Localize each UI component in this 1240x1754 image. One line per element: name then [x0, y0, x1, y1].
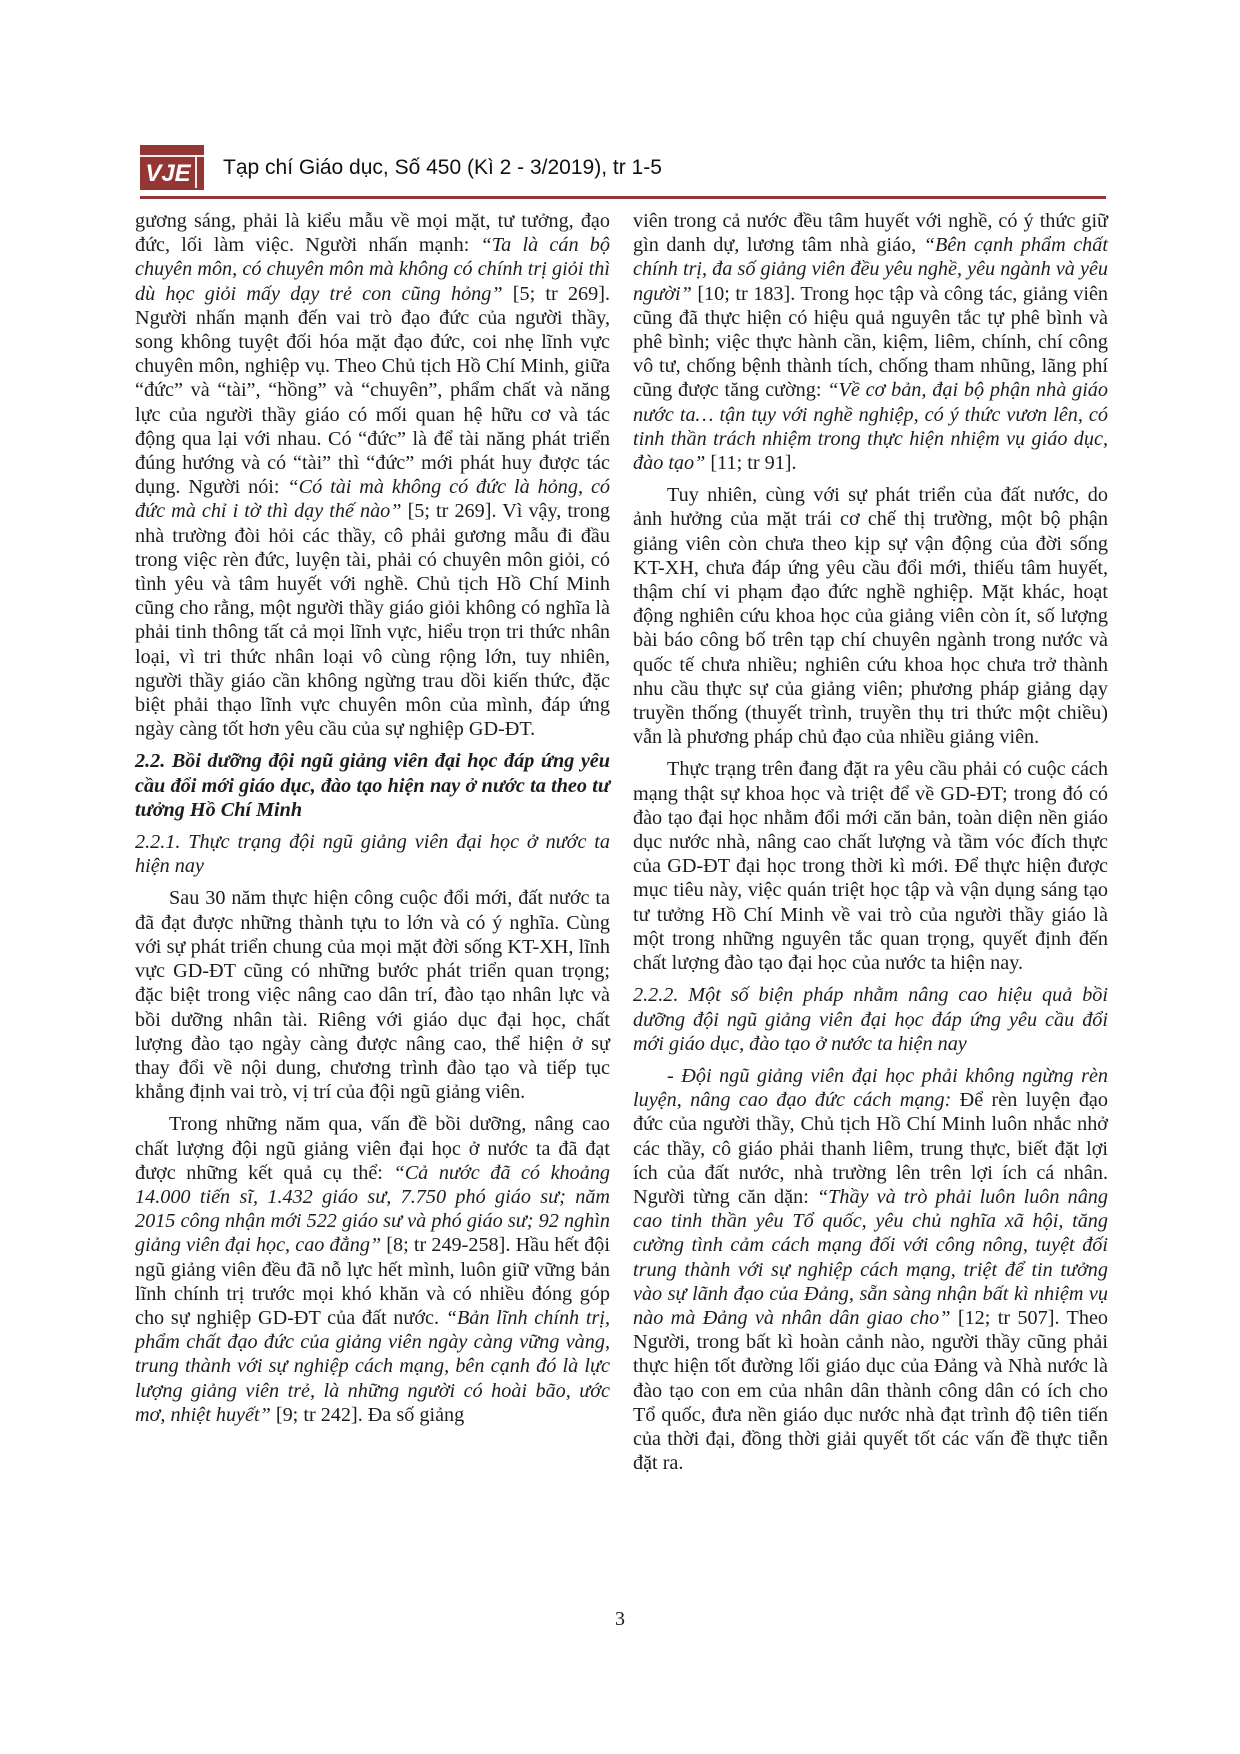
text-run: [11; tr 91]. — [705, 452, 796, 474]
paragraph: Sau 30 năm thực hiện công cuộc đổi mới, … — [135, 886, 610, 1104]
text-run: 2.2. Bồi dưỡng đội ngũ giảng viên đại họ… — [135, 750, 610, 820]
page-number: 3 — [615, 1608, 625, 1630]
paragraph: Thực trạng trên đang đặt ra yêu cầu phải… — [633, 757, 1108, 975]
paragraph: - Đội ngũ giảng viên đại học phải không … — [633, 1064, 1108, 1475]
right-column: viên trong cả nước đều tâm huyết với ngh… — [633, 209, 1108, 1483]
text-run: [5; tr 269]. Người nhấn mạnh đến vai trò… — [135, 283, 610, 499]
text-run: 2.2.1. Thực trạng đội ngũ giảng viên đại… — [135, 831, 610, 877]
paragraph: viên trong cả nước đều tâm huyết với ngh… — [633, 209, 1108, 475]
section-heading: 2.2.2. Một số biện pháp nhằm nâng cao hi… — [633, 983, 1108, 1056]
journal-page: VJE Tạp chí Giáo dục, Số 450 (Kì 2 - 3/2… — [0, 0, 1240, 1754]
journal-issue-line: Tạp chí Giáo dục, Số 450 (Kì 2 - 3/2019)… — [223, 156, 662, 180]
text-run: [12; tr 507]. Theo Người, trong bất kì h… — [633, 1307, 1108, 1474]
page-header: VJE Tạp chí Giáo dục, Số 450 (Kì 2 - 3/2… — [140, 145, 662, 190]
header-rule — [140, 196, 1106, 199]
paragraph: Trong những năm qua, vấn đề bồi dưỡng, n… — [135, 1112, 610, 1427]
article-body: gương sáng, phải là kiểu mẫu về mọi mặt,… — [135, 209, 1108, 1483]
text-run: Tuy nhiên, cùng với sự phát triển của đấ… — [633, 484, 1108, 748]
paragraph: Tuy nhiên, cùng với sự phát triển của đấ… — [633, 483, 1108, 749]
text-run: [9; tr 242]. Đa số giảng — [271, 1404, 464, 1426]
text-run: [5; tr 269]. Vì vậy, trong nhà trường đò… — [135, 500, 610, 740]
text-run: Thực trạng trên đang đặt ra yêu cầu phải… — [633, 758, 1108, 974]
page-footer: 3 — [0, 1608, 1240, 1631]
paragraph: gương sáng, phải là kiểu mẫu về mọi mặt,… — [135, 209, 610, 741]
vje-logo-text: VJE — [145, 157, 198, 190]
section-heading: 2.2.1. Thực trạng đội ngũ giảng viên đại… — [135, 830, 610, 878]
text-run: 2.2.2. Một số biện pháp nhằm nâng cao hi… — [633, 984, 1108, 1054]
section-heading: 2.2. Bồi dưỡng đội ngũ giảng viên đại họ… — [135, 749, 610, 822]
text-run: Sau 30 năm thực hiện công cuộc đổi mới, … — [135, 887, 610, 1103]
left-column: gương sáng, phải là kiểu mẫu về mọi mặt,… — [135, 209, 610, 1483]
vje-logo: VJE — [140, 145, 204, 190]
